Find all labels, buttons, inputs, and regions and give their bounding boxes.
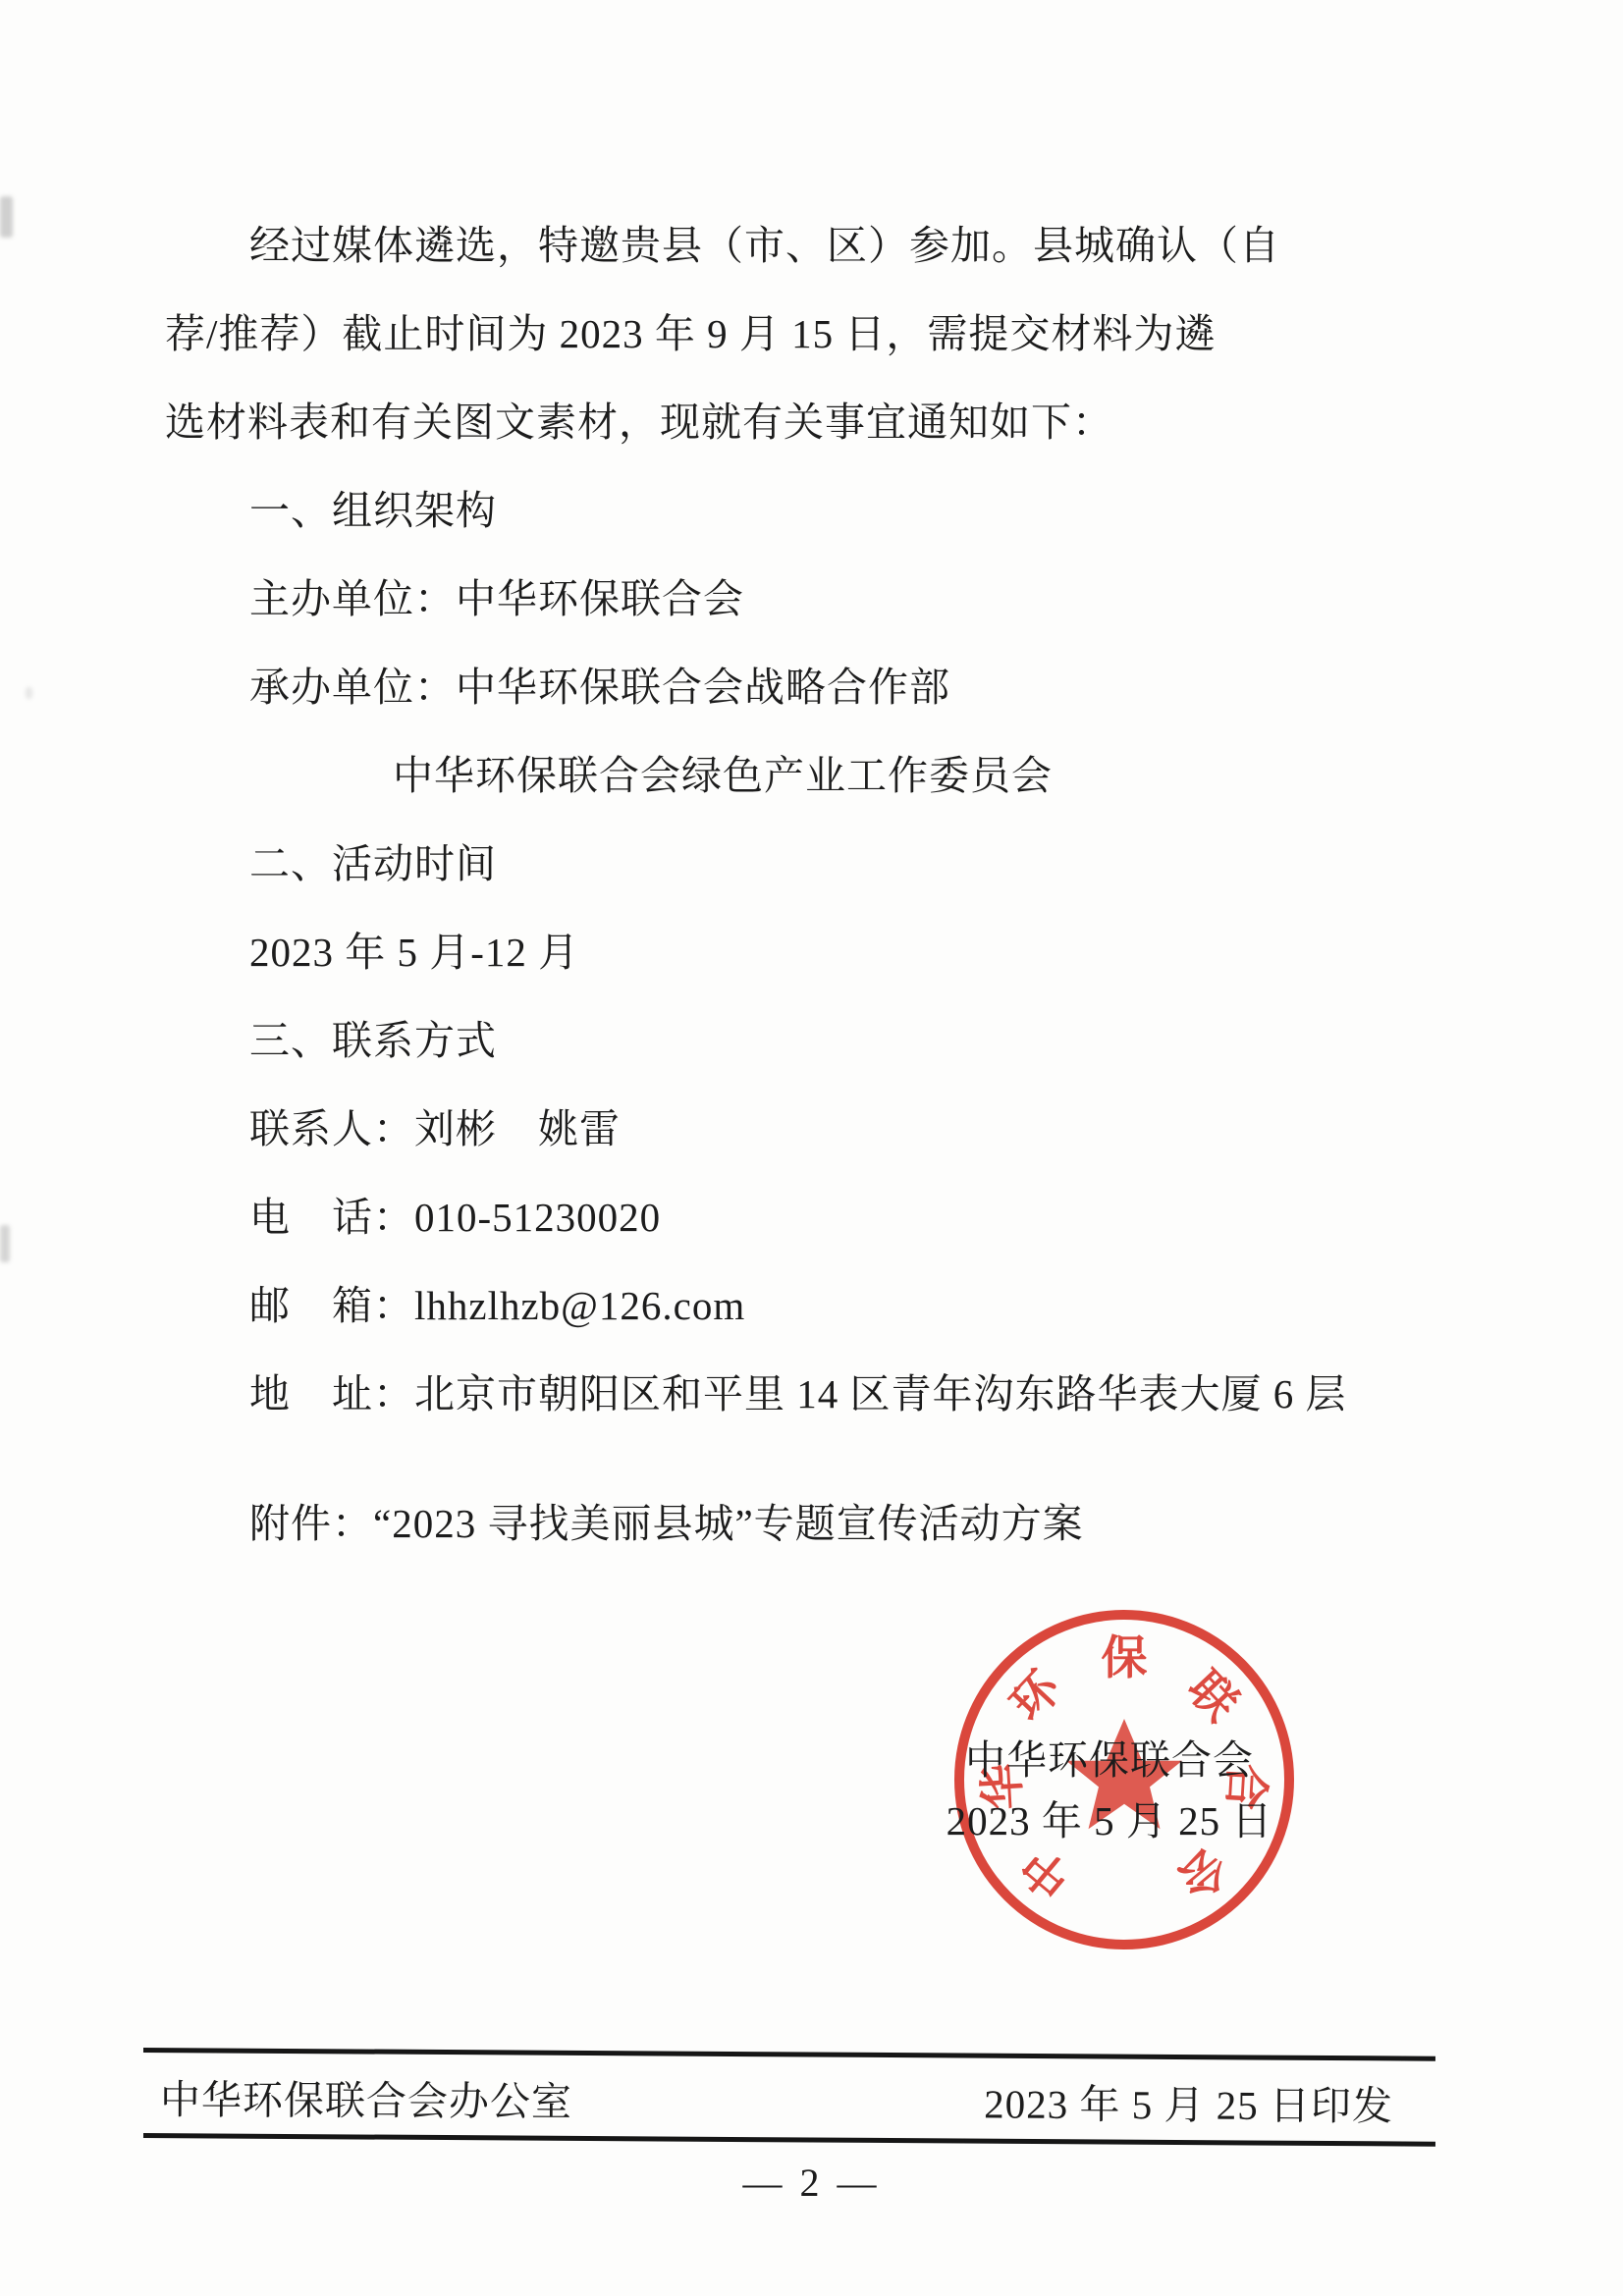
section-heading: 二、活动时间 [165, 820, 1265, 908]
body-line: 经过媒体遴选，特邀贵县（市、区）参加。县城确认（自 [165, 201, 1265, 290]
scan-artifact [0, 196, 13, 238]
scan-artifact [0, 1225, 10, 1262]
signature-block: 中华环保联合会 2023 年 5 月 25 日 [898, 1730, 1321, 1851]
body-line: 2023 年 5 月-12 月 [165, 908, 1265, 996]
phone-line: 电 话：010-51230020 [165, 1173, 1265, 1261]
body-line: 中华环保联合会绿色产业工作委员会 [165, 731, 1265, 820]
footer: 中华环保联合会办公室 2023 年 5 月 25 日印发 [160, 2067, 1393, 2132]
footer-rule-bottom [143, 2133, 1435, 2147]
page-number: — 2 — [0, 2160, 1623, 2206]
contact-person-line: 联系人：刘彬 姚雷 [165, 1085, 1265, 1173]
seal-char: 环 [1001, 1661, 1071, 1731]
address-line: 地 址：北京市朝阳区和平里 14 区青年沟东路华表大厦 6 层 [165, 1350, 1265, 1438]
body-line: 荐/推荐）截止时间为 2023 年 9 月 15 日，需提交材料为遴 [165, 290, 1265, 378]
document-body: 经过媒体遴选，特邀贵县（市、区）参加。县城确认（自 荐/推荐）截止时间为 202… [165, 201, 1265, 1568]
body-line: 承办单位：中华环保联合会战略合作部 [165, 643, 1265, 731]
scan-artifact [26, 687, 32, 699]
seal-char: 保 [1102, 1633, 1148, 1684]
print-date: 2023 年 5 月 25 日印发 [984, 2071, 1393, 2131]
email-line: 邮 箱：lhhzlhzb@126.com [165, 1261, 1265, 1350]
document-page: 经过媒体遴选，特邀贵县（市、区）参加。县城确认（自 荐/推荐）截止时间为 202… [0, 0, 1623, 2296]
body-line: 选材料表和有关图文素材，现就有关事宜通知如下： [165, 378, 1265, 466]
body-line: 主办单位：中华环保联合会 [165, 555, 1265, 643]
signature-org: 中华环保联合会 [898, 1730, 1321, 1790]
section-heading: 一、组织架构 [165, 466, 1265, 555]
footer-rule-top [143, 2048, 1435, 2061]
seal-char: 联 [1177, 1663, 1246, 1732]
section-heading: 三、联系方式 [165, 996, 1265, 1085]
attachment-line: 附件：“2023 寻找美丽县城”专题宣传活动方案 [165, 1479, 1265, 1568]
issuing-office: 中华环保联合会办公室 [160, 2067, 572, 2127]
signature-date: 2023 年 5 月 25 日 [898, 1790, 1321, 1851]
